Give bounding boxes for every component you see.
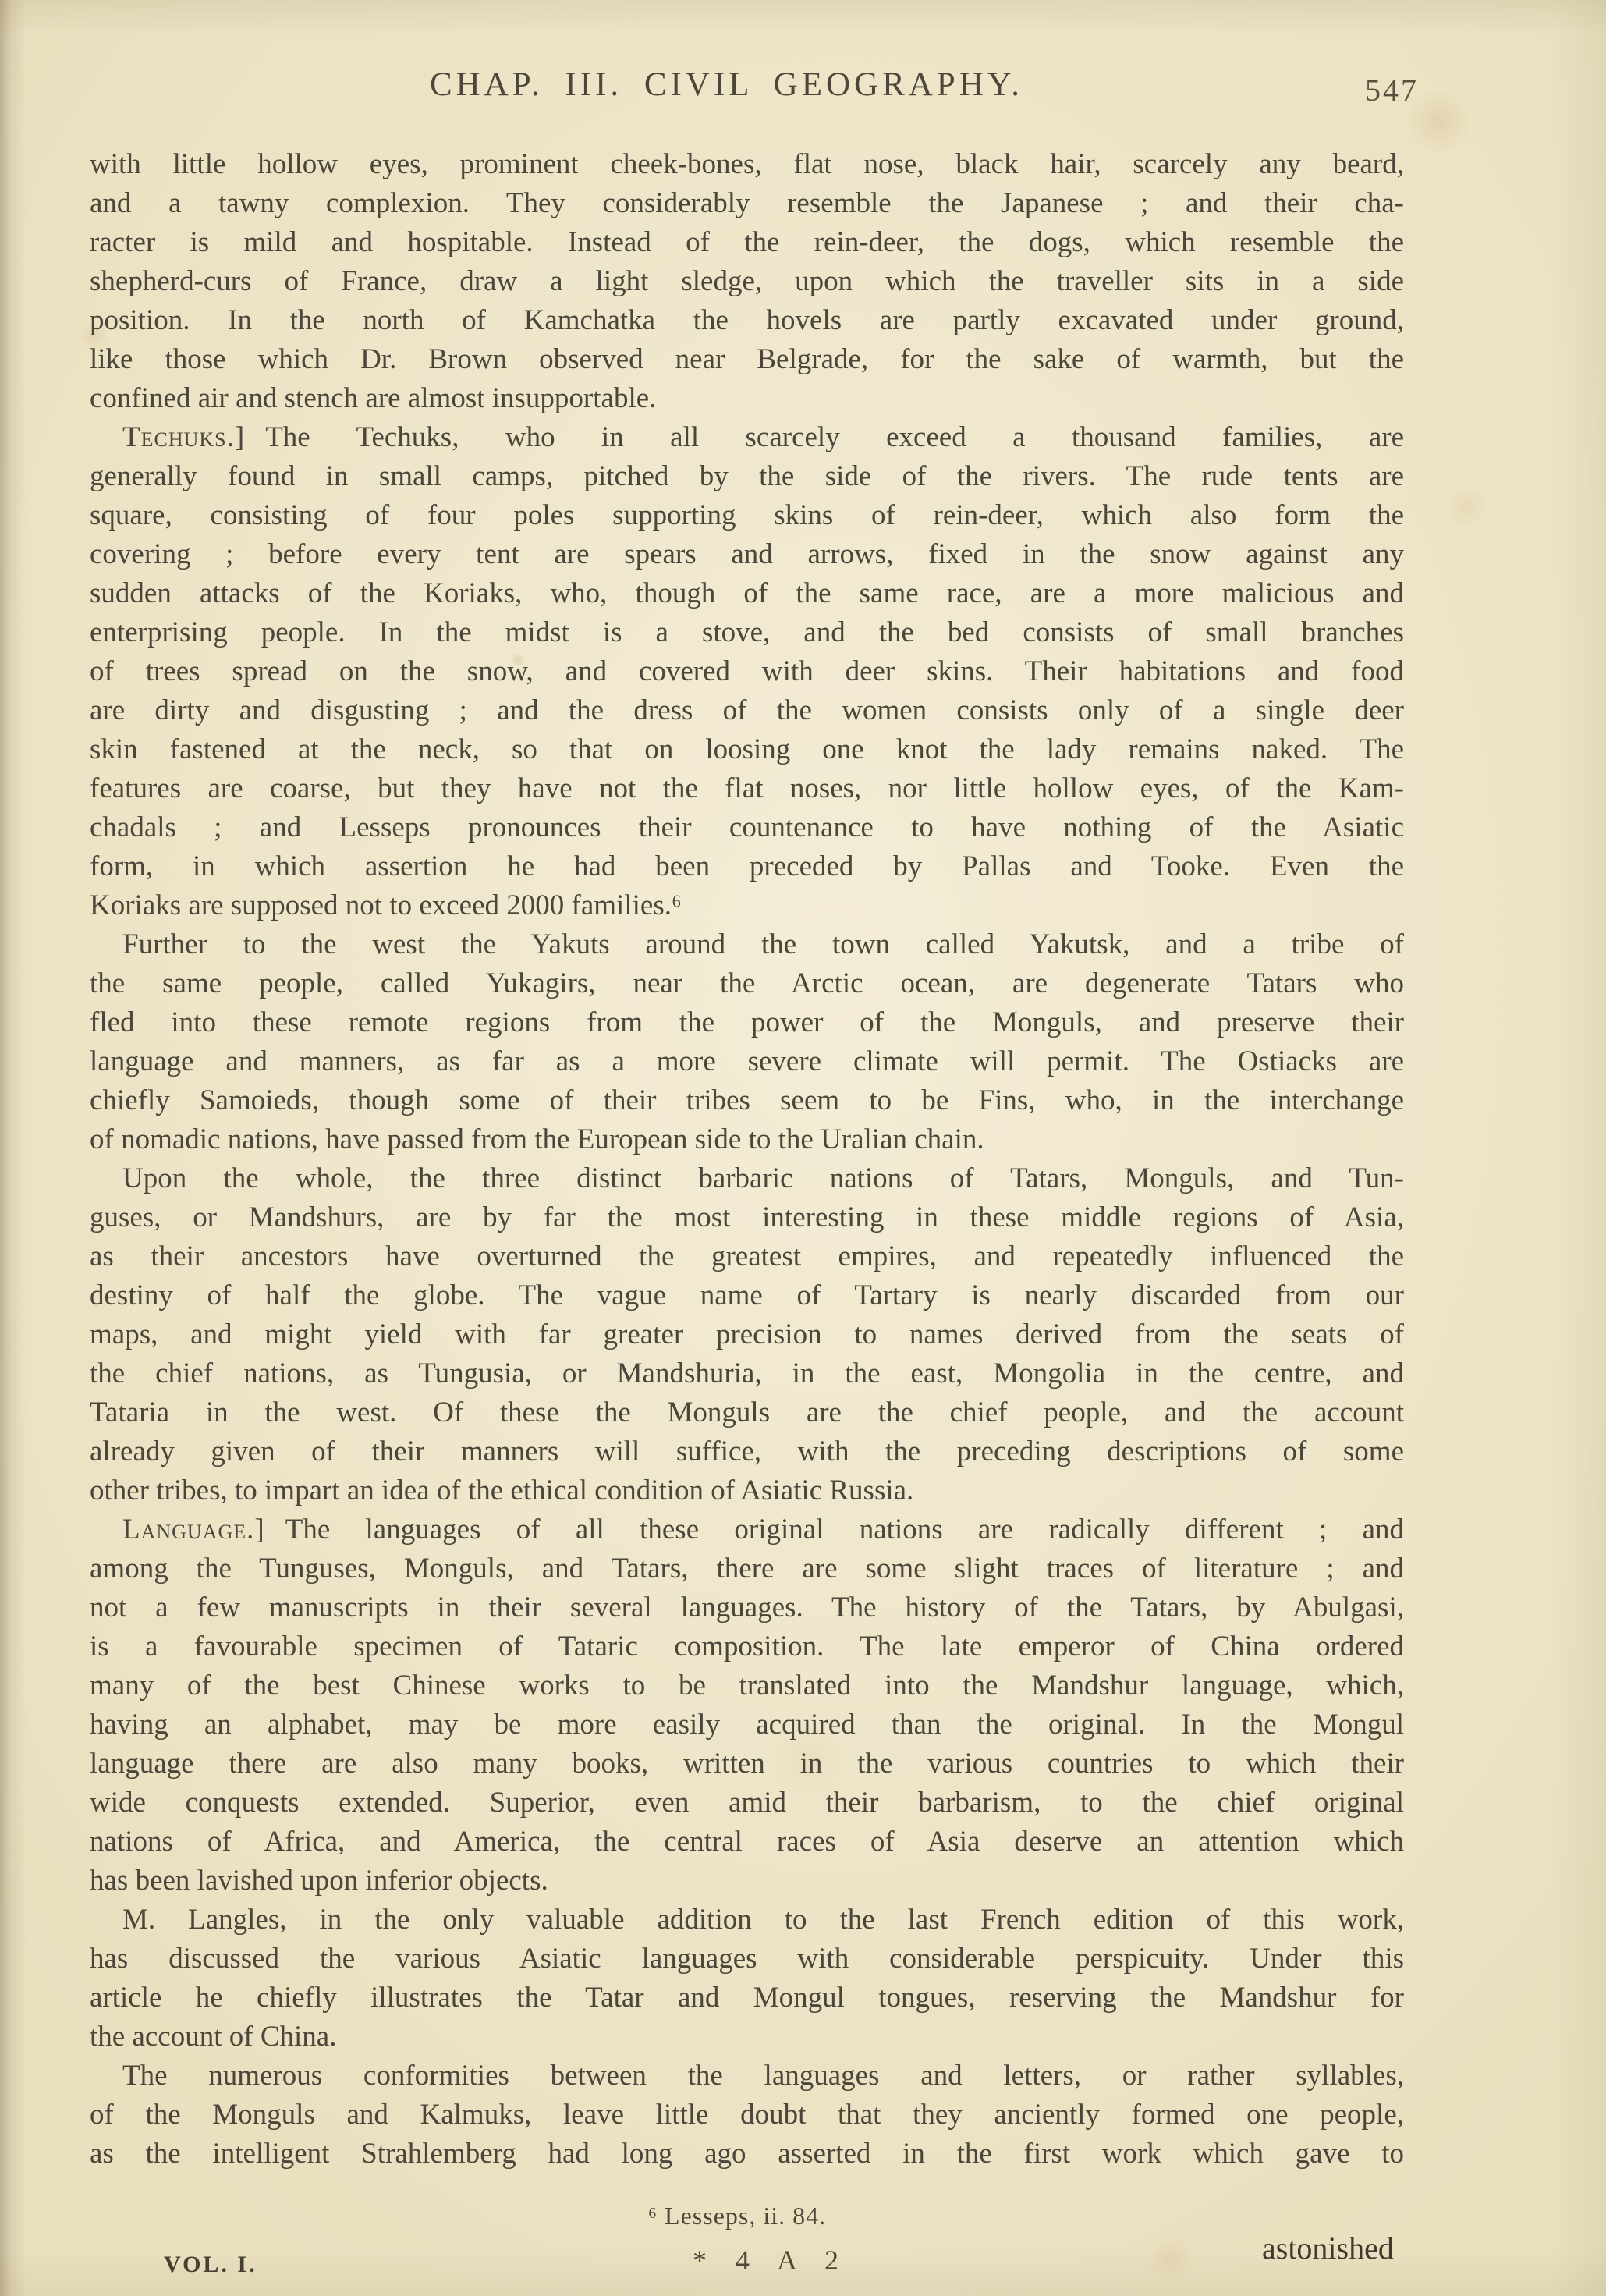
paragraph: Further to the west the Yakuts around th… [90,925,1404,1159]
text-line: the account of China. [90,2017,1404,2056]
text-line: of the Monguls and Kalmuks, leave little… [90,2095,1404,2135]
paragraph: The numerous conformities between the la… [90,2056,1404,2174]
text-line: has discussed the various Asiatic langua… [90,1939,1404,1978]
book-page: CHAP. III. CIVIL GEOGRAPHY. 547 with lit… [0,0,1606,2296]
printer-signature: * 4 A 2 [693,2244,849,2276]
text-line: chiefly Samoieds, though some of their t… [90,1081,1404,1120]
text-line: of trees spread on the snow, and covered… [90,652,1404,691]
text-line: covering ; before every tent are spears … [90,535,1404,574]
text-line: are dirty and disgusting ; and the dress… [90,691,1404,730]
text-line: chadals ; and Lesseps pronounces their c… [90,808,1404,847]
running-head: CHAP. III. CIVIL GEOGRAPHY. [69,66,1384,104]
text-line: enterprising people. In the midst is a s… [90,613,1404,652]
text-line: wide conquests extended. Superior, even … [90,1783,1404,1822]
text-line: among the Tunguses, Monguls, and Tatars,… [90,1549,1404,1588]
text-line: Koriaks are supposed not to exceed 2000 … [90,886,1404,925]
text-line: guses, or Mandshurs, are by far the most… [90,1198,1404,1237]
text-line: maps, and might yield with far greater p… [90,1315,1404,1354]
text-line: not a few manuscripts in their several l… [90,1588,1404,1627]
section-heading: Language.] [122,1514,265,1545]
text-block: with little hollow eyes, prominent cheek… [90,145,1404,2174]
text-line: already given of their manners will suff… [90,1432,1404,1471]
text-line: generally found in small camps, pitched … [90,457,1404,496]
catchword: astonished [1262,2230,1394,2266]
text-line: article he chiefly illustrates the Tatar… [90,1978,1404,2017]
text-line: destiny of half the globe. The vague nam… [90,1276,1404,1315]
paragraph: Language.]The languages of all these ori… [90,1510,1404,1900]
text-line: the same people, called Yukagirs, near t… [90,964,1404,1003]
text-line: as the intelligent Strahlemberg had long… [90,2135,1404,2174]
text-line: language there are also many books, writ… [90,1744,1404,1783]
text-line: as their ancestors have overturned the g… [90,1237,1404,1276]
paragraph: Techuks.]The Techuks, who in all scarcel… [90,418,1404,925]
text-line: having an alphabet, may be more easily a… [90,1705,1404,1744]
text-line: and a tawny complexion. They considerabl… [90,184,1404,223]
text-line: M. Langles, in the only valuable additio… [90,1900,1404,1939]
text-line: Techuks.]The Techuks, who in all scarcel… [90,418,1404,457]
paragraph: M. Langles, in the only valuable additio… [90,1900,1404,2056]
text-line: shepherd-curs of France, draw a light sl… [90,262,1404,301]
text-line: position. In the north of Kamchatka the … [90,301,1404,340]
text-line: racter is mild and hospitable. Instead o… [90,223,1404,262]
text-line: sudden attacks of the Koriaks, who, thou… [90,574,1404,613]
text-line: nations of Africa, and America, the cent… [90,1822,1404,1861]
paragraph: Upon the whole, the three distinct barba… [90,1159,1404,1510]
section-heading: Techuks.] [122,421,245,453]
text-line: Language.]The languages of all these ori… [90,1510,1404,1549]
text-line: language and manners, as far as a more s… [90,1042,1404,1081]
text-line: square, consisting of four poles support… [90,496,1404,535]
text-line: Tataria in the west. Of these the Mongul… [90,1393,1404,1432]
text-line: Upon the whole, the three distinct barba… [90,1159,1404,1198]
paragraph: with little hollow eyes, prominent cheek… [90,145,1404,418]
volume-label: VOL. I. [164,2252,257,2278]
text-line: has been lavished upon inferior objects. [90,1861,1404,1900]
text-line: skin fastened at the neck, so that on lo… [90,730,1404,769]
text-line: is a favourable specimen of Tataric comp… [90,1627,1404,1666]
text-line: confined air and stench are almost insup… [90,379,1404,418]
text-line: other tribes, to impart an idea of the e… [90,1471,1404,1510]
text-line: The numerous conformities between the la… [90,2056,1404,2095]
text-line: of nomadic nations, have passed from the… [90,1120,1404,1159]
text-line: the chief nations, as Tungusia, or Mands… [90,1354,1404,1393]
footnote: ⁶ Lesseps, ii. 84. [648,2202,826,2230]
text-line: like those which Dr. Brown observed near… [90,340,1404,379]
text-line: many of the best Chinese works to be tra… [90,1666,1404,1705]
text-line: features are coarse, but they have not t… [90,769,1404,808]
text-line: with little hollow eyes, prominent cheek… [90,145,1404,184]
text-line: fled into these remote regions from the … [90,1003,1404,1042]
text-line: form, in which assertion he had been pre… [90,847,1404,886]
text-line: Further to the west the Yakuts around th… [90,925,1404,964]
page-number: 547 [1365,72,1419,108]
